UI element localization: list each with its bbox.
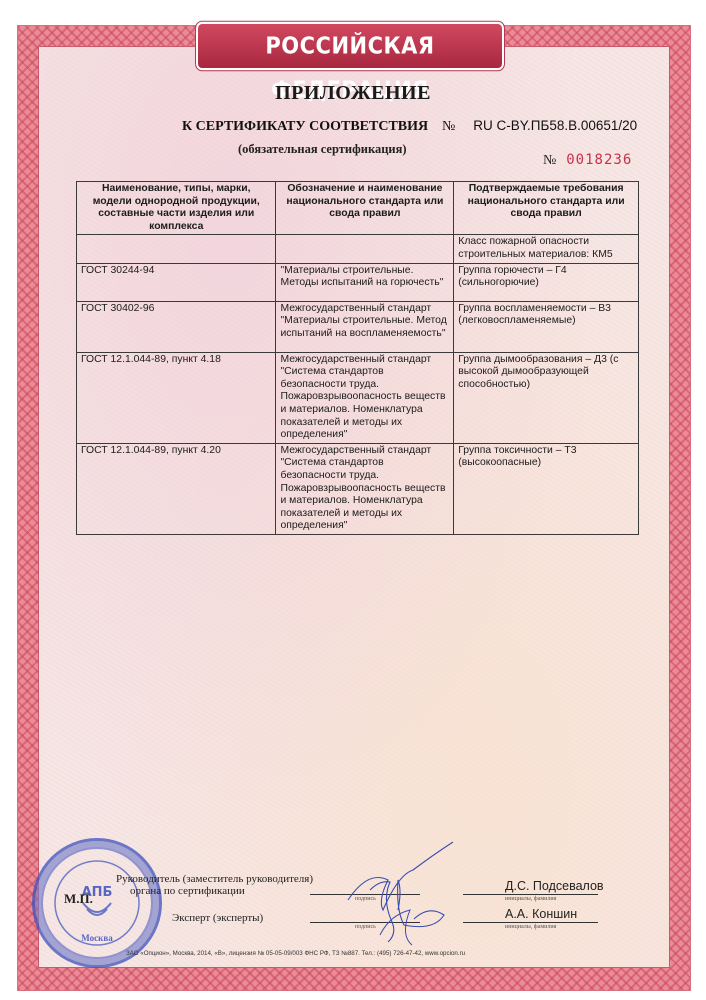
number-sign: №	[543, 153, 556, 168]
cell-product: ГОСТ 12.1.044-89, пункт 4.20	[77, 443, 276, 534]
certificate-reference: К СЕРТИФИКАТУ СООТВЕТСТВИЯ № RU C-BY.ПБ5…	[182, 117, 637, 135]
cell-requirement: Группа горючести – Г4 (сильногорючие)	[454, 263, 639, 301]
stamp-place-mark: М.П.	[64, 891, 93, 907]
table-row: Класс пожарной опасности строительных ма…	[77, 235, 639, 263]
cell-standard: Межгосударственный стандарт "Система ста…	[276, 352, 454, 443]
header-product: Наименование, типы, марки, модели одноро…	[77, 182, 276, 235]
cell-requirement: Группа токсичности – Т3 (высокоопасные)	[454, 443, 639, 534]
cell-product: ГОСТ 12.1.044-89, пункт 4.18	[77, 352, 276, 443]
svg-text:Москва: Москва	[81, 933, 113, 943]
head-name: Д.С. Подсевалов	[505, 879, 604, 893]
table-header-row: Наименование, типы, марки, модели одноро…	[77, 182, 639, 235]
head-name-caption: инициалы, фамилия	[505, 896, 556, 902]
cell-standard	[276, 235, 454, 263]
document-title: ПРИЛОЖЕНИЕ	[0, 82, 706, 105]
certification-stamp: АПБ Москва	[32, 838, 162, 968]
expert-name-caption: инициалы, фамилия	[505, 924, 556, 930]
certificate-label: К СЕРТИФИКАТУ СООТВЕТСТВИЯ	[182, 119, 428, 134]
head-label-line1: Руководитель (заместитель руководителя)	[116, 873, 313, 885]
head-name-line	[463, 894, 598, 895]
table-row: ГОСТ 30244-94 "Материалы строительные. М…	[77, 263, 639, 301]
cell-standard: Межгосударственный стандарт "Система ста…	[276, 443, 454, 534]
table-row: ГОСТ 12.1.044-89, пункт 4.20 Межгосударс…	[77, 443, 639, 534]
expert-label: Эксперт (эксперты)	[172, 912, 263, 924]
cell-product: ГОСТ 30402-96	[77, 301, 276, 352]
certificate-number: RU C-BY.ПБ58.В.00651/20	[473, 118, 637, 133]
requirements-table: Наименование, типы, марки, модели одноро…	[76, 181, 639, 535]
cell-product: ГОСТ 30244-94	[77, 263, 276, 301]
blank-number: № 0018236	[543, 151, 632, 169]
mandatory-note: (обязательная сертификация)	[238, 142, 407, 157]
number-sign: №	[442, 119, 455, 134]
cell-standard: Межгосударственный стандарт "Материалы с…	[276, 301, 454, 352]
header-requirement: Подтверждаемые требования национального …	[454, 182, 639, 235]
expert-name: А.А. Коншин	[505, 907, 577, 921]
head-label-line2: органа по сертификации	[130, 885, 245, 897]
cell-requirement: Группа дымообразования – Д3 (с высокой д…	[454, 352, 639, 443]
handwritten-signatures-icon	[340, 840, 460, 950]
cell-product	[77, 235, 276, 263]
country-banner: РОССИЙСКАЯ ФЕДЕРАЦИЯ	[196, 22, 504, 70]
header-standard: Обозначение и наименование национального…	[276, 182, 454, 235]
cell-requirement: Группа воспламеняемости – В3 (легковоспл…	[454, 301, 639, 352]
expert-name-line	[463, 922, 598, 923]
cell-requirement: Класс пожарной опасности строительных ма…	[454, 235, 639, 263]
printer-imprint: ЗАО «Опцион», Москва, 2014, «В», лицензи…	[126, 950, 465, 957]
blank-serial: 0018236	[566, 152, 632, 168]
table-row: ГОСТ 12.1.044-89, пункт 4.18 Межгосударс…	[77, 352, 639, 443]
table-row: ГОСТ 30402-96 Межгосударственный стандар…	[77, 301, 639, 352]
cell-standard: "Материалы строительные. Методы испытани…	[276, 263, 454, 301]
stamp-emblem-icon: АПБ Москва	[35, 841, 159, 965]
